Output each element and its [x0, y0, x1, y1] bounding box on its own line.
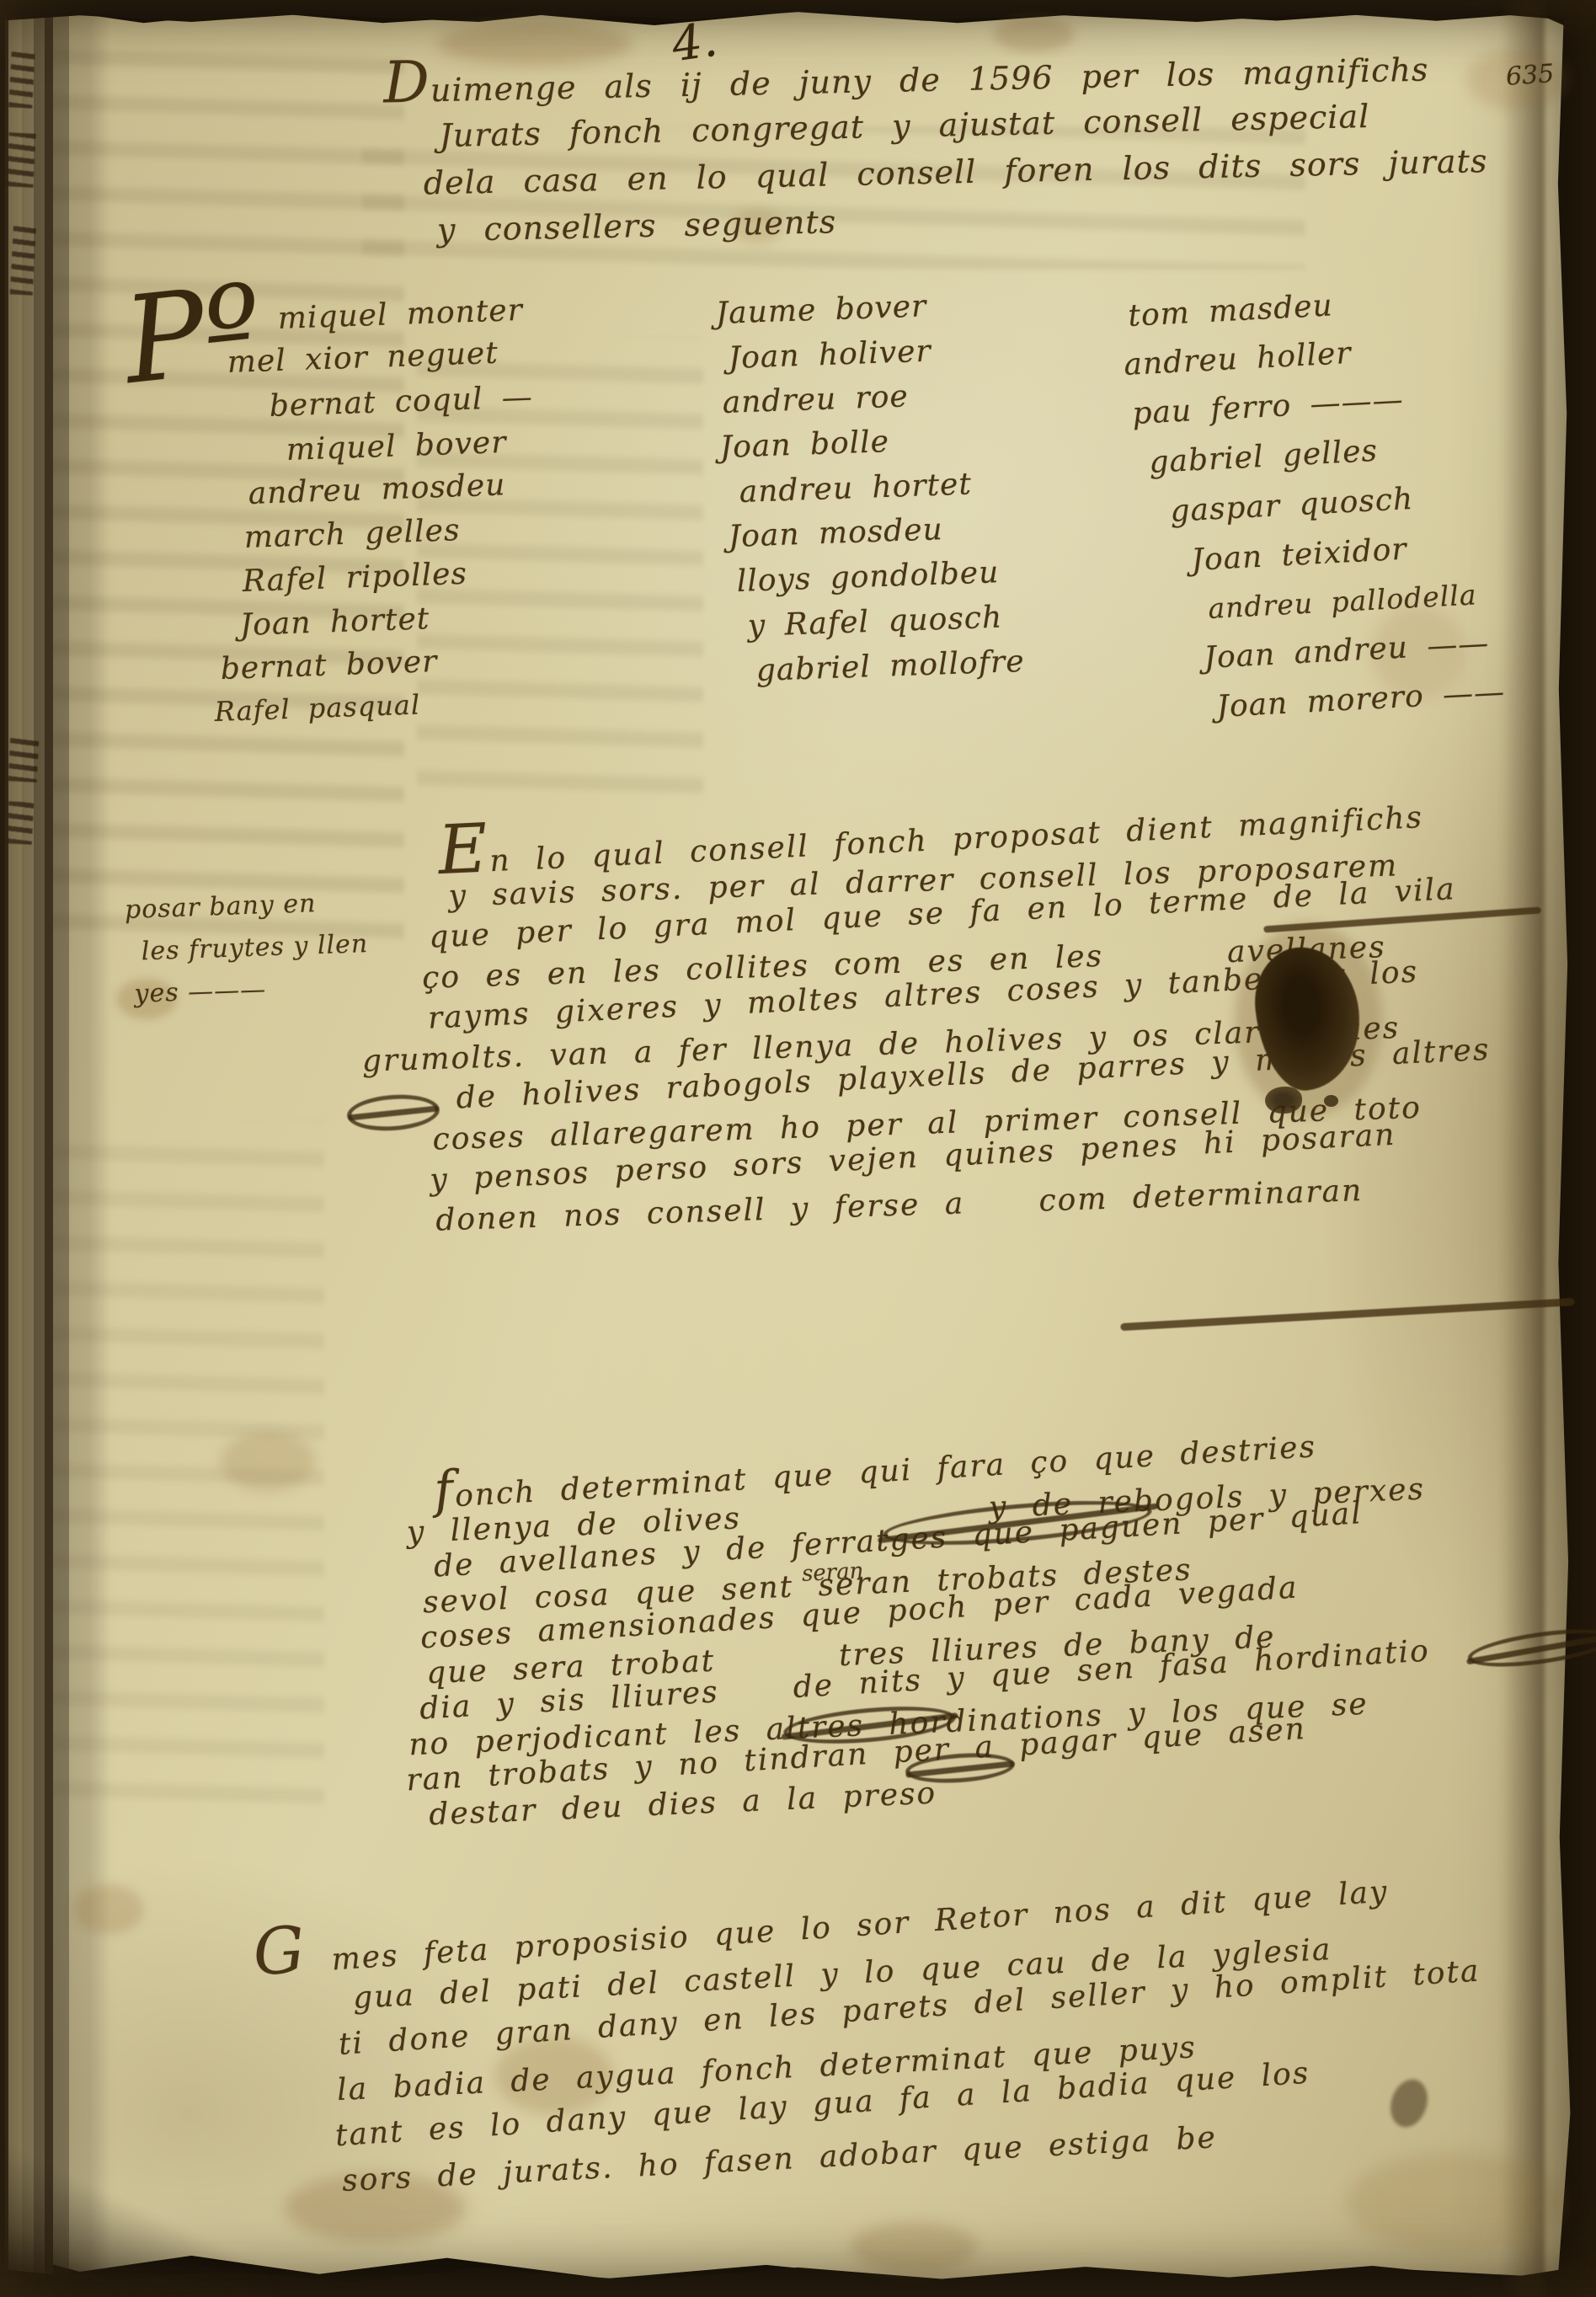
stain	[994, 17, 1074, 52]
adjacent-page-fragment	[6, 132, 35, 188]
folio-number: 635	[1505, 59, 1556, 92]
attendee-column-middle: Jaume boverJoan holiverandreu roeJoan bo…	[716, 296, 1025, 698]
attendee-column-right: tom masdeuandreu hollerpau ferro ———gabr…	[1124, 299, 1506, 739]
stain	[851, 2222, 977, 2273]
attendee-name: gabriel mollofre	[755, 644, 1026, 698]
stain	[438, 22, 632, 66]
adjacent-page-fragment	[10, 220, 37, 295]
adjacent-page-fragment	[8, 48, 35, 108]
binding-gutter	[0, 0, 111, 2297]
page-edge-crease	[1501, 0, 1545, 2297]
margin-note-line: yes ———	[134, 971, 371, 1022]
attendee-column-left: miquel montermel xior neguetbernat coqul…	[227, 302, 533, 740]
margin-note: posar bany enles fruytes y llenyes ———	[124, 887, 371, 1022]
stain	[74, 1885, 143, 1934]
adjacent-page-fragment	[7, 801, 35, 845]
header-block: Duimenge als ij de juny de 1596 per los …	[362, 48, 1489, 260]
adjacent-page-fragment	[8, 734, 40, 783]
manuscript-scan: 635 4. Duimenge als ij de juny de 1596 p…	[0, 0, 1596, 2297]
interlinear-insertion: seran	[801, 1558, 864, 1587]
page-curl-shadow	[0, 2139, 270, 2297]
stain	[1346, 2152, 1565, 2253]
ink-blot-droplet	[1265, 1087, 1302, 1114]
ink-blot-droplet	[1324, 1095, 1338, 1107]
stain	[221, 1432, 315, 1491]
